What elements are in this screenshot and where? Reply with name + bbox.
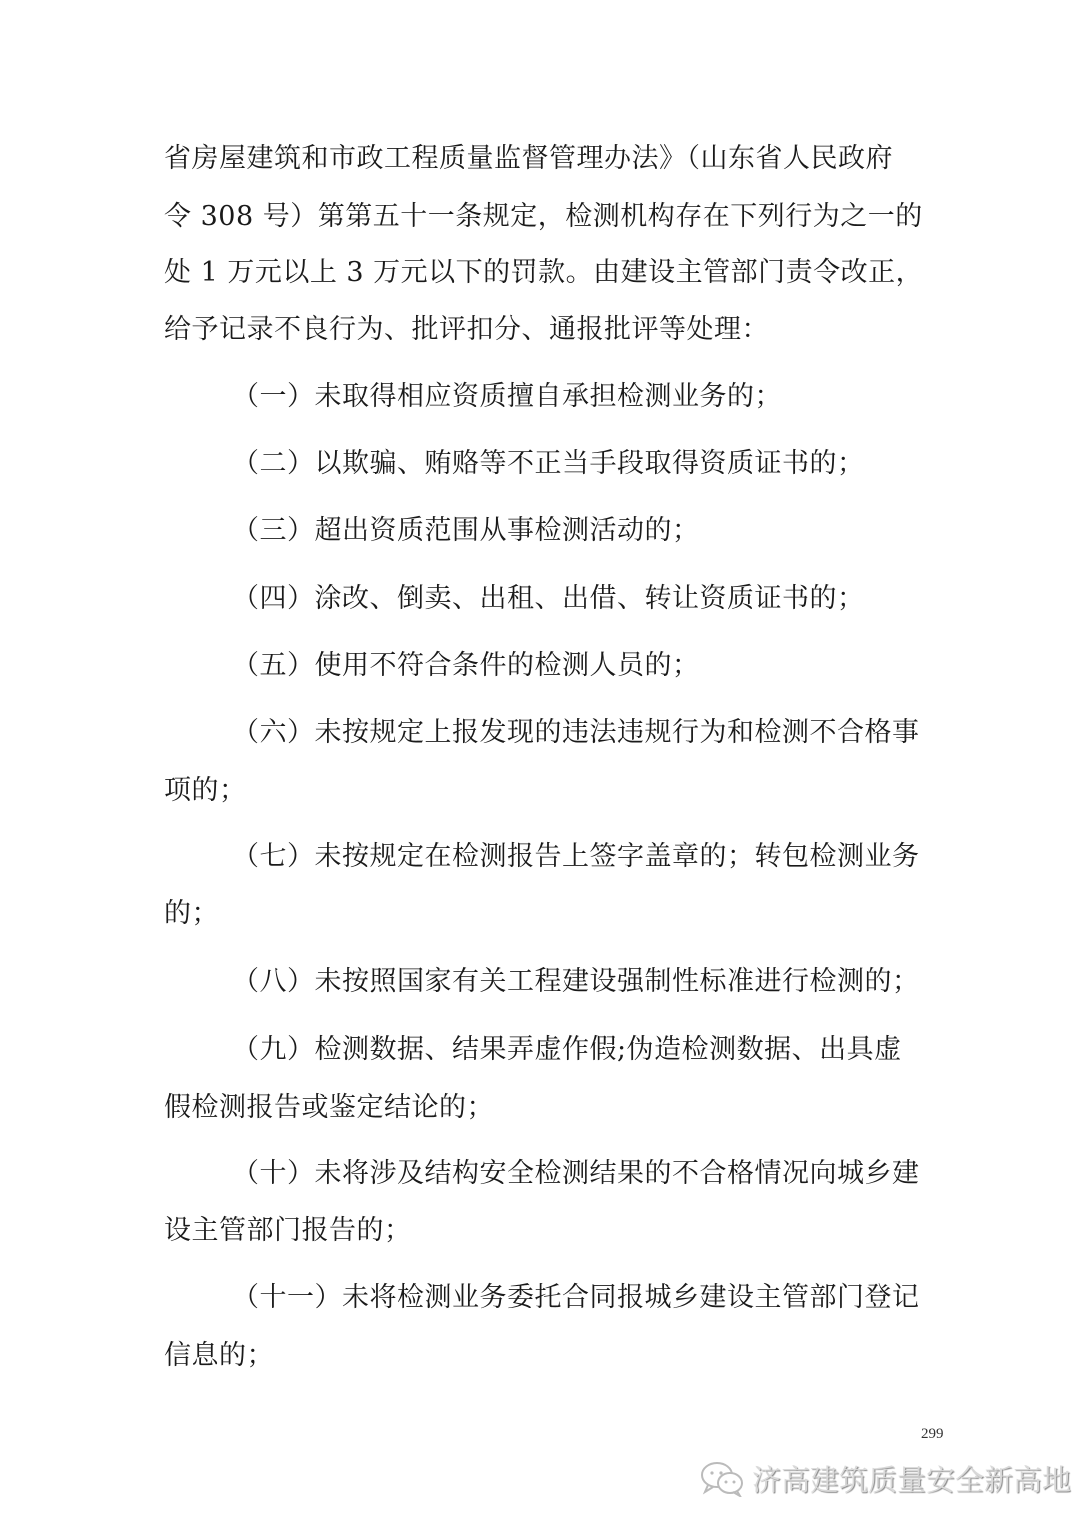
text-line: （二）以欺骗、贿赂等不正当手段取得资质证书的； [232, 447, 865, 481]
text-line: （八）未按照国家有关工程建设强制性标准进行检测的； [232, 965, 920, 999]
watermark: 济高建筑质量安全新高地 [700, 1458, 1071, 1499]
watermark-text: 济高建筑质量安全新高地 [752, 1458, 1071, 1499]
text-line: 的； [164, 897, 219, 931]
text-line: 处 1 万元以上 3 万元以下的罚款。由建设主管部门责令改正， [164, 256, 923, 290]
document-page: 省房屋建筑和市政工程质量监督管理办法》（山东省人民政府令 308 号）第第五十一… [0, 0, 1080, 1527]
text-line: 假检测报告或鉴定结论的； [164, 1091, 494, 1125]
text-line: 设主管部门报告的； [164, 1214, 412, 1248]
wechat-icon [700, 1461, 746, 1497]
text-line: 信息的； [164, 1339, 274, 1373]
text-line: （三）超出资质范围从事检测活动的； [232, 514, 700, 548]
text-line: 给予记录不良行为、批评扣分、通报批评等处理： [164, 313, 769, 347]
text-line: （九）检测数据、结果弄虚作假;伪造检测数据、出具虚 [232, 1033, 902, 1067]
text-line: 项的； [164, 774, 247, 808]
text-line: （十）未将涉及结构安全检测结果的不合格情况向城乡建 [232, 1157, 920, 1191]
text-line: （四）涂改、倒卖、出租、出借、转让资质证书的； [232, 582, 865, 616]
text-line: 令 308 号）第第五十一条规定，检测机构存在下列行为之一的 [164, 200, 923, 234]
text-line: （一）未取得相应资质擅自承担检测业务的； [232, 380, 782, 414]
text-line: （七）未按规定在检测报告上签字盖章的；转包检测业务 [232, 840, 920, 874]
text-line: （五）使用不符合条件的检测人员的； [232, 649, 700, 683]
page-number: 299 [921, 1426, 944, 1443]
text-line: （十一）未将检测业务委托合同报城乡建设主管部门登记 [232, 1281, 920, 1315]
text-line: （六）未按规定上报发现的违法违规行为和检测不合格事 [232, 716, 920, 750]
text-line: 省房屋建筑和市政工程质量监督管理办法》（山东省人民政府 [164, 142, 893, 176]
